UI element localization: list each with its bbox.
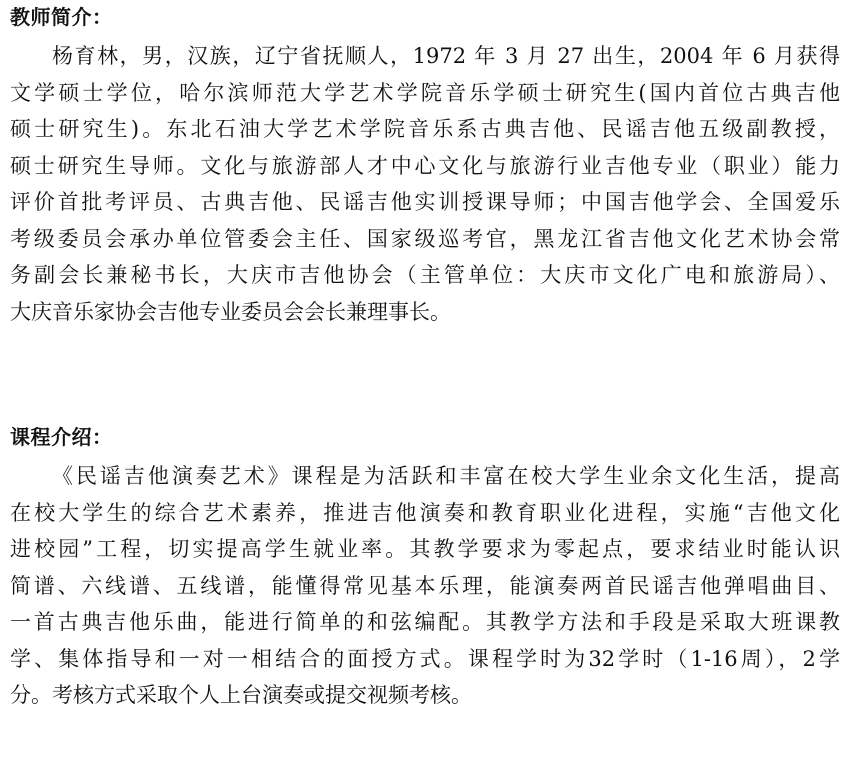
paragraph-line: 简谱、六线谱、五线谱，能懂得常见基本乐理，能演奏两首民谣吉他弹唱曲目、 bbox=[10, 568, 840, 605]
paragraph-line: 一首古典吉他乐曲，能进行简单的和弦编配。其教学方法和手段是采取大班课教 bbox=[10, 604, 840, 641]
paragraph-line: 文学硕士学位，哈尔滨师范大学艺术学院音乐学硕士研究生(国内首位古典吉他 bbox=[10, 75, 840, 112]
teacher-intro-section: 教师简介： 杨育林，男，汉族，辽宁省抚顺人，1972 年 3 月 27 出生，2… bbox=[10, 0, 840, 330]
paragraph-line: 进校园”工程，切实提高学生就业率。其教学要求为零起点，要求结业时能认识 bbox=[10, 531, 840, 568]
paragraph-line: 杨育林，男，汉族，辽宁省抚顺人，1972 年 3 月 27 出生，2004 年 … bbox=[10, 38, 840, 75]
course-intro-paragraph: 《民谣吉他演奏艺术》课程是为活跃和丰富在校大学生业余文化生活，提高 在校大学生的… bbox=[10, 458, 840, 714]
teacher-intro-heading: 教师简介： bbox=[10, 0, 840, 34]
paragraph-line: 硕士研究生)。东北石油大学艺术学院音乐系古典吉他、民谣吉他五级副教授， bbox=[10, 111, 840, 148]
paragraph-line: 考级委员会承办单位管委会主任、国家级巡考官，黑龙江省吉他文化艺术协会常 bbox=[10, 221, 840, 258]
paragraph-line: 分。考核方式采取个人上台演奏或提交视频考核。 bbox=[10, 677, 840, 714]
paragraph-line: 大庆音乐家协会吉他专业委员会会长兼理事长。 bbox=[10, 294, 840, 331]
paragraph-line: 学、集体指导和一对一相结合的面授方式。课程学时为32学时（1-16周），2学 bbox=[10, 641, 840, 678]
paragraph-line: 评价首批考评员、古典吉他、民谣吉他实训授课导师；中国吉他学会、全国爱乐 bbox=[10, 184, 840, 221]
course-intro-heading: 课程介绍： bbox=[10, 420, 840, 454]
paragraph-line: 务副会长兼秘书长，大庆市吉他协会（主管单位：大庆市文化广电和旅游局）、 bbox=[10, 257, 840, 294]
teacher-intro-paragraph: 杨育林，男，汉族，辽宁省抚顺人，1972 年 3 月 27 出生，2004 年 … bbox=[10, 38, 840, 330]
paragraph-line: 《民谣吉他演奏艺术》课程是为活跃和丰富在校大学生业余文化生活，提高 bbox=[10, 458, 840, 495]
paragraph-line: 在校大学生的综合艺术素养，推进吉他演奏和教育职业化进程，实施“吉他文化 bbox=[10, 495, 840, 532]
course-intro-section: 课程介绍： 《民谣吉他演奏艺术》课程是为活跃和丰富在校大学生业余文化生活，提高 … bbox=[10, 420, 840, 714]
paragraph-line: 硕士研究生导师。文化与旅游部人才中心文化与旅游行业吉他专业（职业）能力 bbox=[10, 148, 840, 185]
